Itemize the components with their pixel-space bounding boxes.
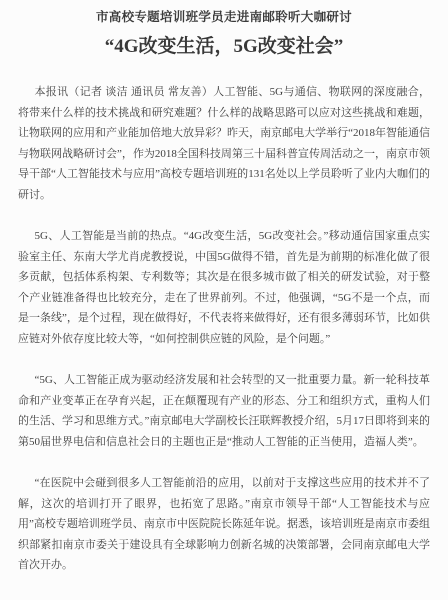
paragraph-lead: 本报讯（记者 谈洁 通讯员 常友善）人工智能、5G与通信、物联网的深度融合，将带… <box>18 82 430 205</box>
paragraph-5g-hotspot: 5G、人工智能是当前的热点。“4G改变生活，5G改变社会。”移动通信国家重点实验… <box>18 226 430 349</box>
article-title: 市高校专题培训班学员走进南邮聆听大咖研讨 <box>18 7 430 25</box>
article-subtitle: “4G改变生活，5G改变社会” <box>18 31 430 58</box>
article-body: 本报讯（记者 谈洁 通讯员 常友善）人工智能、5G与通信、物联网的深度融合，将带… <box>18 82 430 576</box>
paragraph-driving-force: “5G、人工智能正成为驱动经济发展和社会转型的又一批重要力量。新一轮科技革命和产… <box>18 370 430 452</box>
article-page: 市高校专题培训班学员走进南邮聆听大咖研讨 “4G改变生活，5G改变社会” 本报讯… <box>0 0 448 576</box>
paragraph-trainee-remarks: “在医院中会碰到很多人工智能前沿的应用，以前对于支撑这些应用的技术并不了解，这次… <box>18 473 430 576</box>
